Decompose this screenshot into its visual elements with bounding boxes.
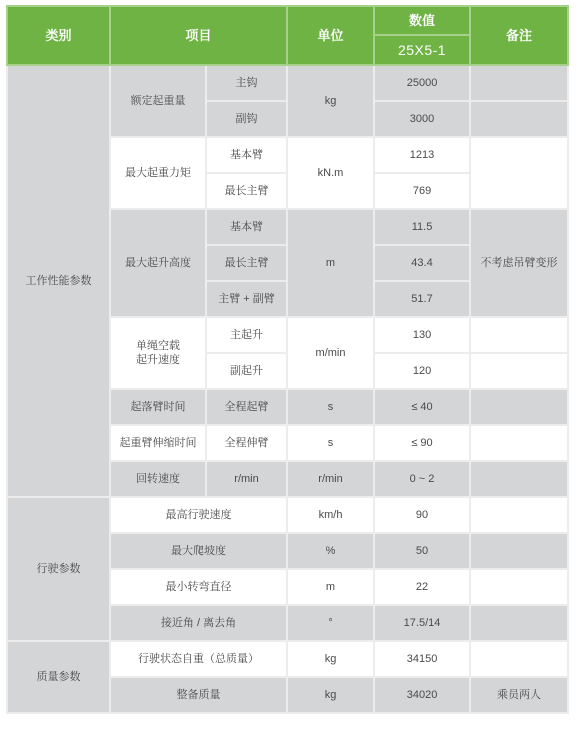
remark-cell bbox=[470, 137, 568, 209]
value-cell: 120 bbox=[374, 353, 470, 389]
value-cell: 25000 bbox=[374, 65, 470, 101]
item-label-line2: 起升速度 bbox=[111, 353, 205, 367]
value-cell: 3000 bbox=[374, 101, 470, 137]
unit-cell: kg bbox=[287, 641, 374, 677]
value-cell: 90 bbox=[374, 497, 470, 533]
unit-cell: kg bbox=[287, 65, 374, 137]
value-cell: 17.5/14 bbox=[374, 605, 470, 641]
sub-item: r/min bbox=[206, 461, 287, 497]
header-remark: 备注 bbox=[470, 6, 568, 65]
sub-item: 最长主臂 bbox=[206, 173, 287, 209]
value-cell: ≤ 40 bbox=[374, 389, 470, 425]
remark-cell bbox=[470, 497, 568, 533]
item-label: 回转速度 bbox=[110, 461, 206, 497]
value-cell: 769 bbox=[374, 173, 470, 209]
item-label: 额定起重量 bbox=[110, 65, 206, 137]
unit-cell: km/h bbox=[287, 497, 374, 533]
remark-cell bbox=[470, 425, 568, 461]
unit-cell: m bbox=[287, 209, 374, 317]
item-label-line1: 单绳空载 bbox=[111, 339, 205, 353]
remark-cell bbox=[470, 389, 568, 425]
unit-cell: m bbox=[287, 569, 374, 605]
remark-cell bbox=[470, 569, 568, 605]
spec-table: 类别 项目 单位 数值 备注 25X5-1 工作性能参数 额定起重量 主钩 kg… bbox=[6, 5, 569, 714]
unit-cell: % bbox=[287, 533, 374, 569]
item-label: 整备质量 bbox=[110, 677, 287, 713]
value-cell: 22 bbox=[374, 569, 470, 605]
header-value: 数值 bbox=[374, 6, 470, 35]
sub-item: 副起升 bbox=[206, 353, 287, 389]
header-category: 类别 bbox=[7, 6, 110, 65]
value-cell: ≤ 90 bbox=[374, 425, 470, 461]
value-cell: 130 bbox=[374, 317, 470, 353]
header-item: 项目 bbox=[110, 6, 287, 65]
sub-item: 副钩 bbox=[206, 101, 287, 137]
unit-cell: kN.m bbox=[287, 137, 374, 209]
sub-item: 全程起臂 bbox=[206, 389, 287, 425]
item-label: 单绳空载 起升速度 bbox=[110, 317, 206, 389]
unit-cell: r/min bbox=[287, 461, 374, 497]
table-row: 行驶参数 最高行驶速度 km/h 90 bbox=[7, 497, 568, 533]
sub-item: 全程伸臂 bbox=[206, 425, 287, 461]
remark-cell bbox=[470, 533, 568, 569]
unit-cell: m/min bbox=[287, 317, 374, 389]
group-mass: 质量参数 bbox=[7, 641, 110, 713]
remark-cell bbox=[470, 317, 568, 353]
remark-cell bbox=[470, 101, 568, 137]
unit-cell: s bbox=[287, 389, 374, 425]
remark-cell bbox=[470, 641, 568, 677]
item-label: 起重臂伸缩时间 bbox=[110, 425, 206, 461]
item-label: 行驶状态自重（总质量） bbox=[110, 641, 287, 677]
table-row: 质量参数 行驶状态自重（总质量） kg 34150 bbox=[7, 641, 568, 677]
sub-item: 基本臂 bbox=[206, 137, 287, 173]
item-label: 接近角 / 离去角 bbox=[110, 605, 287, 641]
remark-cell: 不考虑吊臂变形 bbox=[470, 209, 568, 317]
remark-cell bbox=[470, 605, 568, 641]
sub-item: 主钩 bbox=[206, 65, 287, 101]
sub-item: 主臂 + 副臂 bbox=[206, 281, 287, 317]
sub-item: 最长主臂 bbox=[206, 245, 287, 281]
value-cell: 43.4 bbox=[374, 245, 470, 281]
sub-item: 主起升 bbox=[206, 317, 287, 353]
value-cell: 0 ~ 2 bbox=[374, 461, 470, 497]
unit-cell: ° bbox=[287, 605, 374, 641]
sub-item: 基本臂 bbox=[206, 209, 287, 245]
item-label: 最大爬坡度 bbox=[110, 533, 287, 569]
unit-cell: s bbox=[287, 425, 374, 461]
item-label: 最大起重力矩 bbox=[110, 137, 206, 209]
value-cell: 1213 bbox=[374, 137, 470, 173]
header-unit: 单位 bbox=[287, 6, 374, 65]
value-cell: 51.7 bbox=[374, 281, 470, 317]
group-work: 工作性能参数 bbox=[7, 65, 110, 497]
value-cell: 50 bbox=[374, 533, 470, 569]
header-model: 25X5-1 bbox=[374, 35, 470, 65]
item-label: 最大起升高度 bbox=[110, 209, 206, 317]
group-drive: 行驶参数 bbox=[7, 497, 110, 641]
value-cell: 11.5 bbox=[374, 209, 470, 245]
remark-cell bbox=[470, 353, 568, 389]
remark-cell bbox=[470, 65, 568, 101]
remark-cell: 乘员两人 bbox=[470, 677, 568, 713]
remark-cell bbox=[470, 461, 568, 497]
value-cell: 34020 bbox=[374, 677, 470, 713]
item-label: 最小转弯直径 bbox=[110, 569, 287, 605]
item-label: 最高行驶速度 bbox=[110, 497, 287, 533]
item-label: 起落臂时间 bbox=[110, 389, 206, 425]
unit-cell: kg bbox=[287, 677, 374, 713]
table-row: 工作性能参数 额定起重量 主钩 kg 25000 bbox=[7, 65, 568, 101]
value-cell: 34150 bbox=[374, 641, 470, 677]
